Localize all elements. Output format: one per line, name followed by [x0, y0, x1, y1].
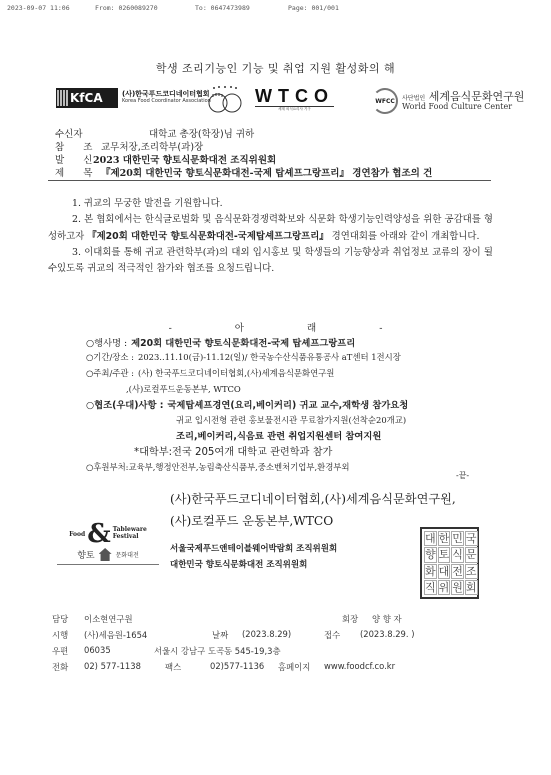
- kfca-name-en: Korea Food Coordinator Association: [122, 99, 211, 105]
- letter-body: 1. 귀교의 무궁한 발전을 기원합니다. 2. 본 협회에서는 한식글로벌화 …: [48, 196, 493, 277]
- recipient-row: 수신자 대학교 총장(학장)님 귀하: [55, 127, 500, 140]
- document-footer: 담당 이소현연구원 회장 양 향 자 시행 (사)세음원-1654 날짜 (20…: [52, 613, 522, 677]
- fax-page: Page: 001/001: [288, 4, 339, 12]
- committee-line-2: 대한민국 향토식문화대전 조직위원회: [170, 557, 337, 573]
- committee-line-1: 서울국제푸드앤테이블웨어박람회 조직위원회: [170, 541, 337, 557]
- host-cont-row: ,(사)로컬푸드운동본부, WTCO: [86, 381, 506, 397]
- fax-header: 2023-09-07 11:06 From: 0260089270 To: 06…: [7, 4, 547, 16]
- wtco-sub: 세계 외식요리사 기구: [255, 106, 334, 112]
- emblem-icon: [205, 85, 245, 117]
- cooperation-row: ○협조(우대)사항 :국제탑셰프경연(요리,베이커리) 귀교 교수,재학생 참가…: [86, 396, 506, 412]
- wfcc-name-ko: 사단법인 세계음식문화연구원: [402, 91, 524, 103]
- subject-label: 제 목: [55, 165, 93, 179]
- kfca-mark: KfCA: [56, 88, 118, 108]
- issuer-block: (사)한국푸드코디네이터협회,(사)세계음식문화연구원, (사)로컬푸드 운동본…: [170, 488, 456, 532]
- paragraph-3: 3. 이대회를 통해 귀교 관련학부(과)의 대외 입시홍보 및 학생들의 기능…: [48, 245, 493, 278]
- homepage-link[interactable]: www.foodcf.co.kr: [324, 661, 395, 671]
- period-place-row: ○기간/장소 :2023..11.10(금)-11.12(일)/ 한국농수산식품…: [86, 350, 506, 366]
- fax-datetime: 2023-09-07 11:06: [7, 4, 70, 12]
- document-meta: 수신자 대학교 총장(학장)님 귀하 참 조 교무처장,조리학부(과)장 발 신…: [55, 127, 500, 178]
- logo-row: KfCA (사)한국푸드코디네이터협회 Korea Food Coordinat…: [0, 85, 551, 119]
- wfcc-circle-icon: WFCC: [372, 88, 398, 114]
- event-details: ○행사명 :제20회 대한민국 향토식문화대전-국제 탑셰프그랑프리 ○기간/장…: [86, 334, 506, 474]
- university-note: *대학부:전국 205여개 대학교 관련학과 참가: [86, 443, 506, 459]
- official-seal-icon: 대한민국 향토식문 화대전조 직위원회: [420, 527, 479, 599]
- sender-row: 발 신 2023 대한민국 향토식문화대전 조직위원회: [55, 153, 500, 166]
- wfcc-name-en: World Food Culture Center: [402, 103, 524, 112]
- footer-contact-row: 전화 02) 577-1138 팩스 02)577-1136 홈페이지 www.…: [52, 661, 522, 677]
- wfcc-logo: WFCC 사단법인 세계음식문화연구원 World Food Culture C…: [372, 88, 524, 114]
- fax-from: From: 0260089270: [95, 4, 158, 12]
- event-name-row: ○행사명 :제20회 대한민국 향토식문화대전-국제 탑셰프그랑프리: [86, 334, 506, 350]
- house-icon: [99, 548, 112, 561]
- kfca-bars-icon: [56, 88, 70, 108]
- ara-heading: - 아 래 -: [0, 320, 551, 334]
- wtco-logo: WTCO 세계 외식요리사 기구: [255, 87, 334, 112]
- festival-underline: [57, 564, 159, 565]
- end-mark: -끝-: [456, 470, 469, 481]
- footer-staff-row: 담당 이소현연구원 회장 양 향 자: [52, 613, 522, 629]
- cooperation-row-3: 조리,베이커리,식음료 관련 취업지원센터 참여지원: [86, 428, 506, 444]
- wtco-mark: WTCO: [255, 87, 334, 105]
- committees: 서울국제푸드앤테이블웨어박람회 조직위원회 대한민국 향토식문화대전 조직위원회: [170, 541, 337, 573]
- paragraph-2: 2. 본 협회에서는 한식글로벌화 및 음식문화경쟁력확보와 식문화 학생기능인…: [48, 212, 493, 245]
- kfca-logo: KfCA (사)한국푸드코디네이터협회 Korea Food Coordinat…: [56, 88, 211, 108]
- footer-doc-row: 시행 (사)세음원-1654 날짜 (2023.8.29) 접수 (2023.8…: [52, 629, 522, 645]
- issuer-line-2: (사)로컬푸드 운동본부,WTCO: [170, 510, 456, 532]
- footer-address-row: 우편 06035 서울시 강남구 도곡동 545-19,3층: [52, 645, 522, 661]
- issuer-line-1: (사)한국푸드코디네이터협회,(사)세계음식문화연구원,: [170, 488, 456, 510]
- divider: [48, 180, 491, 181]
- slogan: 학생 조리기능인 기능 및 취업 지원 활성화의 해: [0, 60, 551, 76]
- festival-logo: Food & TablewareFestival 향토 문화대전: [57, 522, 159, 580]
- host-row: ○주최/주관 :(사) 한국푸드코디네이터협회,(사)세계음식문화연구원: [86, 365, 506, 381]
- ampersand-icon: &: [87, 522, 110, 546]
- cooperation-row-2: 귀교 입시전형 관련 홍보물전시관 무료참가지원(선착순20개교): [86, 412, 506, 428]
- fax-to: To: 0647473989: [195, 4, 250, 12]
- subject-value: 『제20회 대한민국 향토식문화대전-국제 탑셰프그랑프리』 경연참가 협조의 …: [101, 165, 432, 179]
- paragraph-1: 1. 귀교의 무궁한 발전을 기원합니다.: [48, 196, 493, 212]
- subject-row: 제 목 『제20회 대한민국 향토식문화대전-국제 탑셰프그랑프리』 경연참가 …: [55, 165, 500, 178]
- reference-row: 참 조 교무처장,조리학부(과)장: [55, 140, 500, 153]
- sponsors-row: ○후원부처:교육부,행정안전부,농림축산식품부,중소벤처기업부,환경부외: [86, 459, 506, 475]
